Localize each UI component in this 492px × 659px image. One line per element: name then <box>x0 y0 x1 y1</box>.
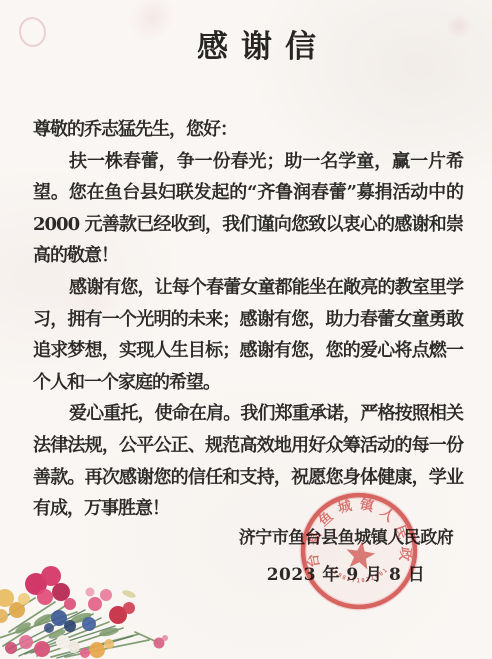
bouquet-detached-sprig <box>154 635 169 649</box>
letter-body: 尊敬的乔志猛先生，您好： 扶一株春蕾，争一份春光；助一名学童，赢一片希望。您在鱼… <box>33 114 463 525</box>
official-seal: 鱼台县鱼城镇人民政府 3708271022001 <box>298 488 420 614</box>
bouquet-yellow-flowers <box>0 589 30 623</box>
scanned-letter-page: 感谢信 尊敬的乔志猛先生，您好： 扶一株春蕾，争一份春光；助一名学童，赢一片希望… <box>0 0 492 659</box>
bouquet-pink-flowers <box>86 588 113 612</box>
paragraph-1: 扶一株春蕾，争一份春光；助一名学童，赢一片希望。您在鱼台县妇联发起的“齐鲁润春蕾… <box>33 146 463 272</box>
letter-title: 感谢信 <box>0 21 492 66</box>
bouquet-red-flowers <box>109 602 135 624</box>
bouquet-crimson-flowers <box>25 566 76 610</box>
flower-bouquet-image <box>0 554 201 659</box>
greeting-line: 尊敬的乔志猛先生，您好： <box>33 114 463 146</box>
paragraph-2: 感谢有您，让每个春蕾女童都能坐在敞亮的教室里学习，拥有一个光明的未来；感谢有您，… <box>33 272 463 398</box>
